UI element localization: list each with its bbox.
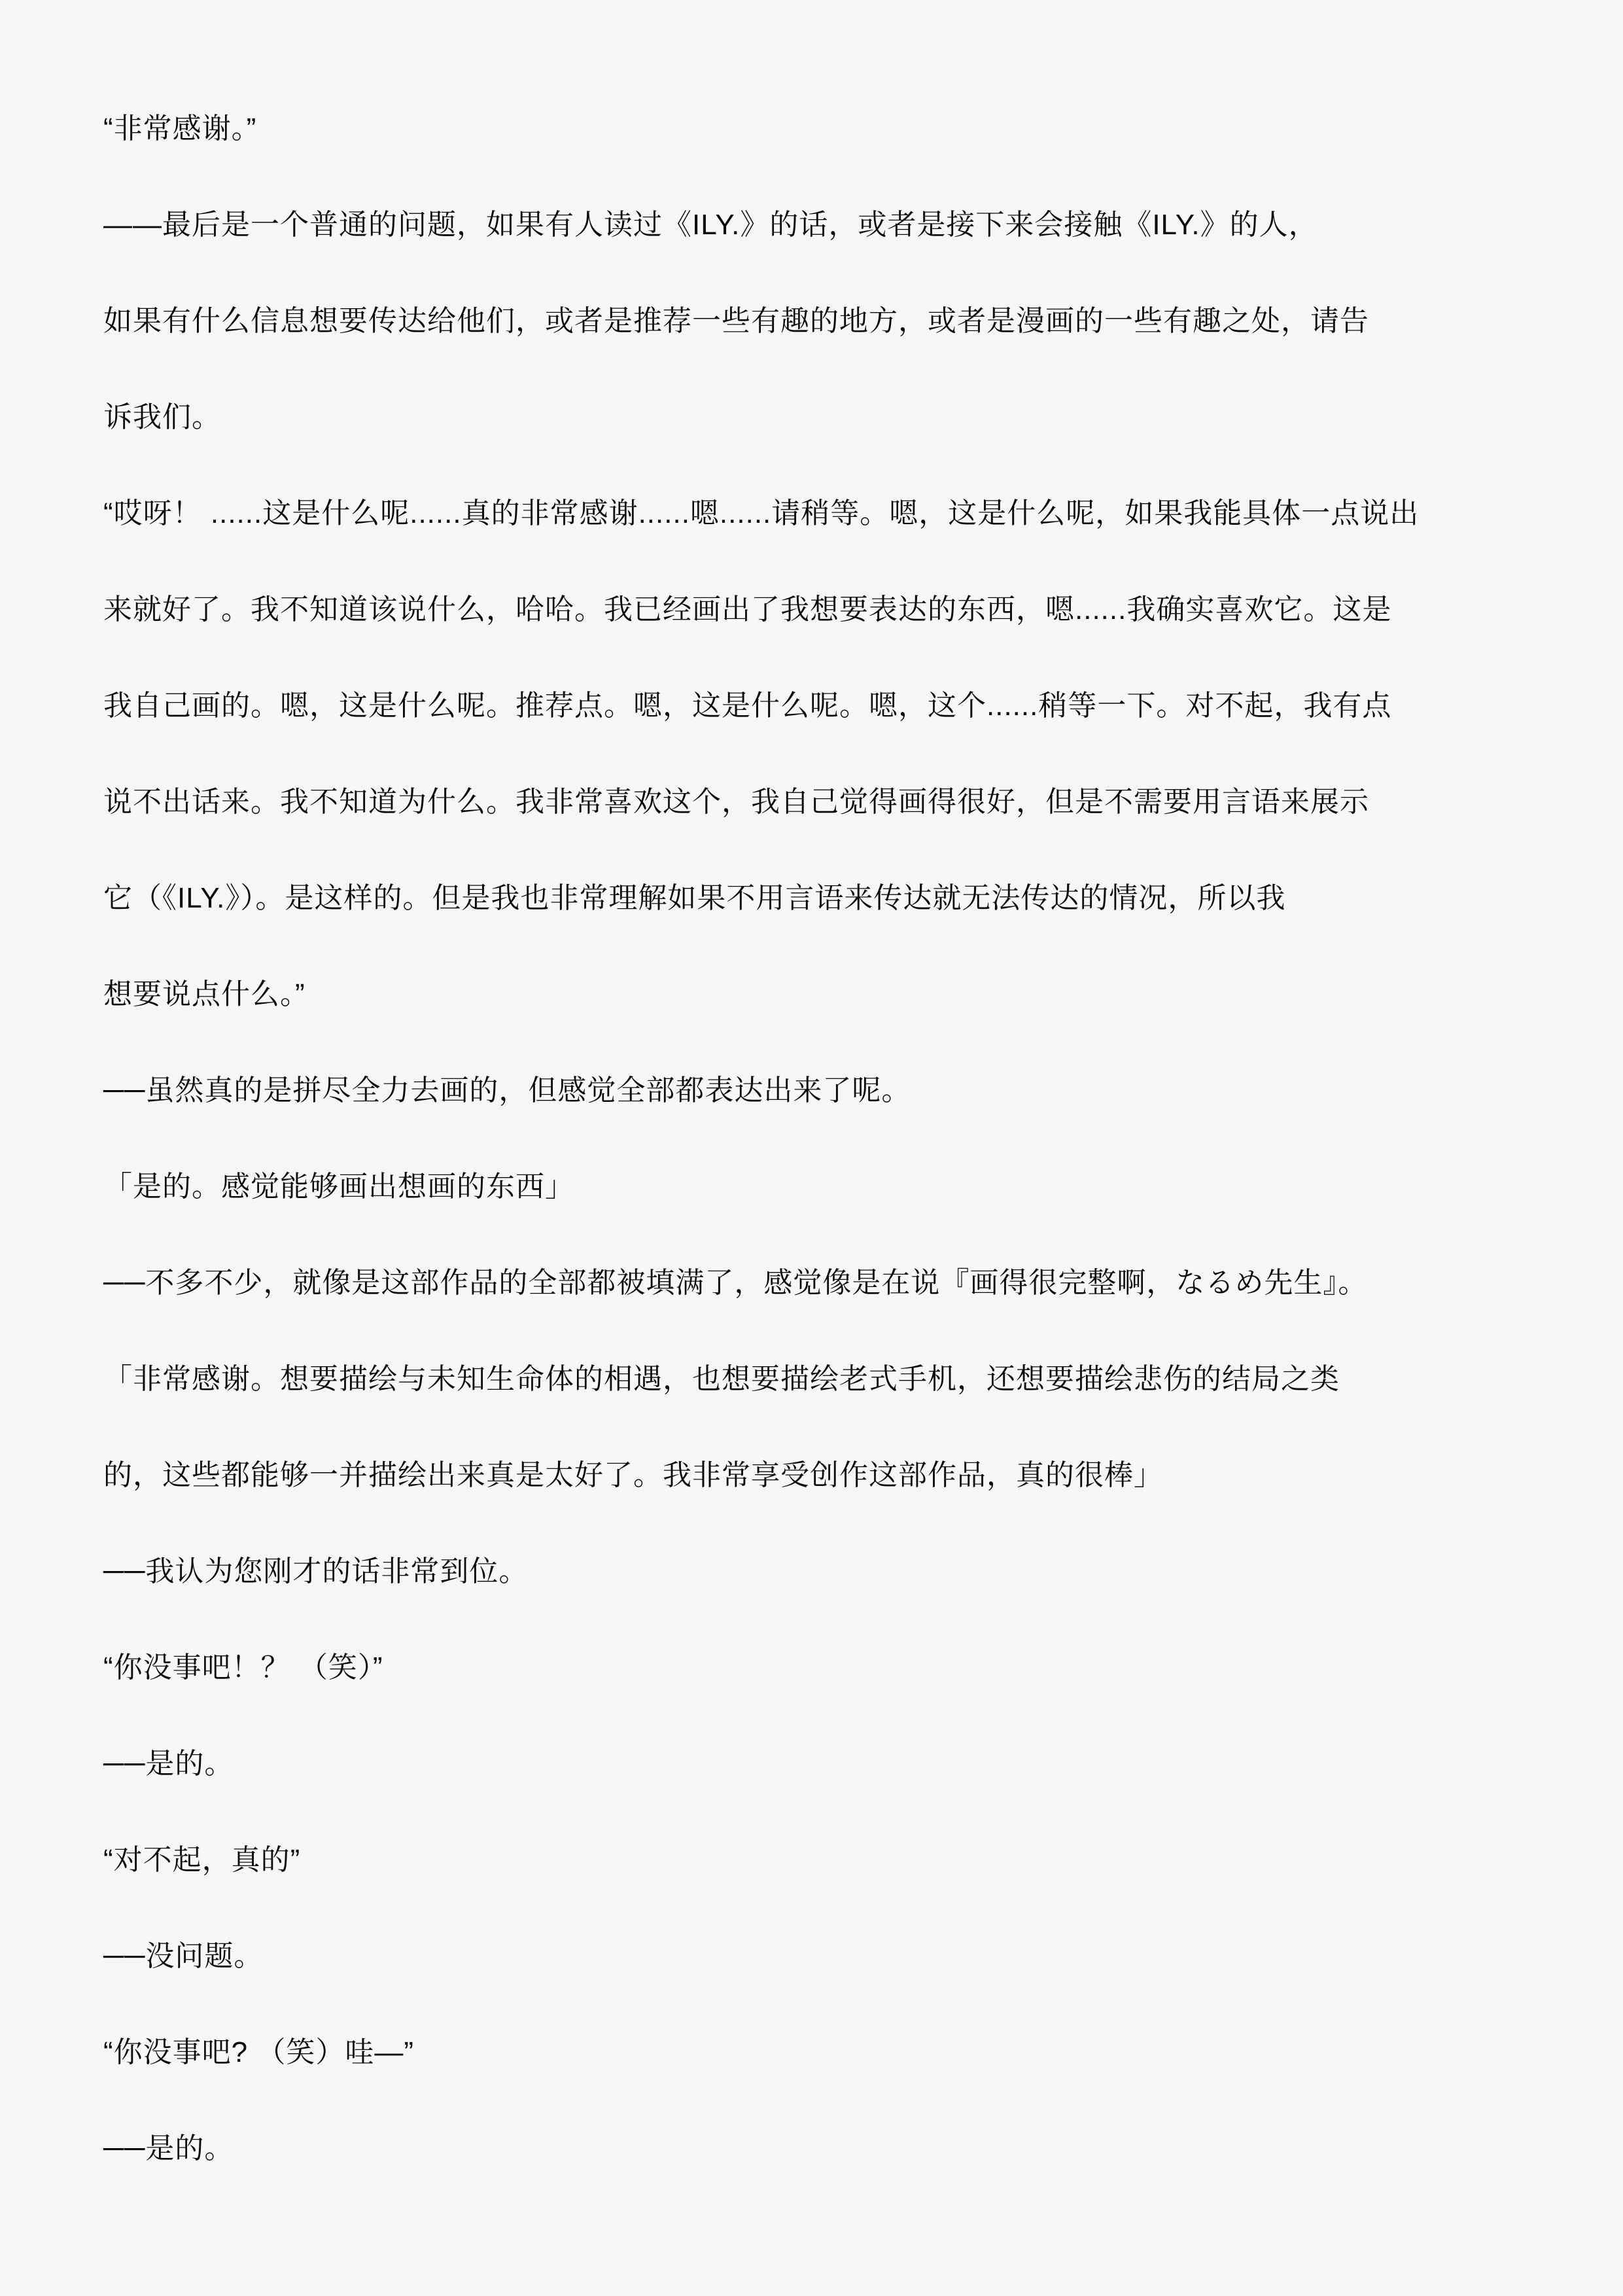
transcript-line-18: ──是的。 (103, 1716, 1544, 1812)
transcript-line-4: 诉我们。 (103, 369, 1544, 465)
transcript-line-16: ──我认为您刚才的话非常到位。 (103, 1523, 1544, 1619)
transcript-line-8: 说不出话来。我不知道为什么。我非常喜欢这个，我自己觉得画得很好，但是不需要用言语… (103, 754, 1544, 850)
transcript-line-13: ──不多不少，就像是这部作品的全部都被填满了，感觉像是在说『画得很完整啊，なるめ… (103, 1235, 1544, 1331)
transcript-line-14: 「非常感谢。想要描绘与未知生命体的相遇，也想要描绘老式手机，还想要描绘悲伤的结局… (103, 1331, 1544, 1427)
transcript-line-2: ——最后是一个普通的问题，如果有人读过《ILY.》的话，或者是接下来会接触《IL… (103, 177, 1544, 273)
transcript-line-21: “你没事吧? （笑）哇—” (103, 2004, 1544, 2100)
transcript-line-3: 如果有什么信息想要传达给他们，或者是推荐一些有趣的地方，或者是漫画的一些有趣之处… (103, 273, 1544, 369)
transcript-line-19: “对不起，真的” (103, 1812, 1544, 1908)
transcript-line-12: 「是的。感觉能够画出想画的东西」 (103, 1139, 1544, 1235)
transcript-line-5: “哎呀！ ......这是什么呢......真的非常感谢......嗯.....… (103, 465, 1544, 561)
transcript-line-20: ──没问题。 (103, 1908, 1544, 2004)
transcript-line-9: 它（《ILY.》）。是这样的。但是我也非常理解如果不用言语来传达就无法传达的情况… (103, 850, 1544, 946)
transcript-line-7: 我自己画的。嗯，这是什么呢。推荐点。嗯，这是什么呢。嗯，这个......稍等一下… (103, 658, 1544, 754)
transcript-line-17: “你没事吧！？ （笑）” (103, 1619, 1544, 1716)
transcript-line-15: 的，这些都能够一并描绘出来真是太好了。我非常享受创作这部作品，真的很棒」 (103, 1427, 1544, 1523)
transcript-line-22: ──是的。 (103, 2100, 1544, 2197)
transcript-line-10: 想要说点什么。” (103, 946, 1544, 1042)
transcript-line-6: 来就好了。我不知道该说什么，哈哈。我已经画出了我想要表达的东西，嗯......我… (103, 561, 1544, 658)
interview-transcript: “非常感谢。”——最后是一个普通的问题，如果有人读过《ILY.》的话，或者是接下… (0, 0, 1623, 2197)
transcript-line-11: ──虽然真的是拼尽全力去画的，但感觉全部都表达出来了呢。 (103, 1042, 1544, 1139)
transcript-line-1: “非常感谢。” (103, 80, 1544, 177)
